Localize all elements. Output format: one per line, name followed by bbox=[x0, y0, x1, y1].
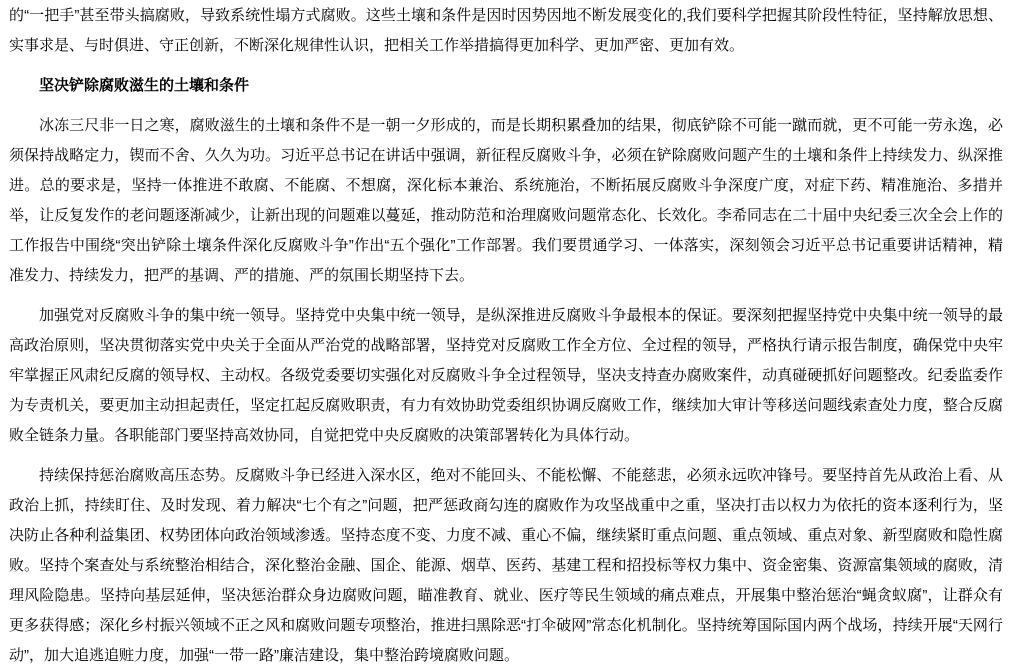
document-paragraph: 冰冻三尺非一日之寒，腐败滋生的土壤和条件不是一朝一夕形成的，而是长期积累叠加的结… bbox=[9, 111, 1003, 291]
document-page: 的“一把手”甚至带头搞腐败，导致系统性塌方式腐败。这些土壤和条件是因时因势因地不… bbox=[0, 0, 1012, 667]
section-heading: 坚决铲除腐败滋生的土壤和条件 bbox=[9, 71, 1003, 101]
document-paragraph: 的“一把手”甚至带头搞腐败，导致系统性塌方式腐败。这些土壤和条件是因时因势因地不… bbox=[9, 1, 1003, 61]
document-paragraph: 持续保持惩治腐败高压态势。反腐败斗争已经进入深水区，绝对不能回头、不能松懈、不能… bbox=[9, 461, 1003, 667]
document-body: 的“一把手”甚至带头搞腐败，导致系统性塌方式腐败。这些土壤和条件是因时因势因地不… bbox=[9, 1, 1003, 667]
document-paragraph: 加强党对反腐败斗争的集中统一领导。坚持党中央集中统一领导，是纵深推进反腐败斗争最… bbox=[9, 301, 1003, 451]
